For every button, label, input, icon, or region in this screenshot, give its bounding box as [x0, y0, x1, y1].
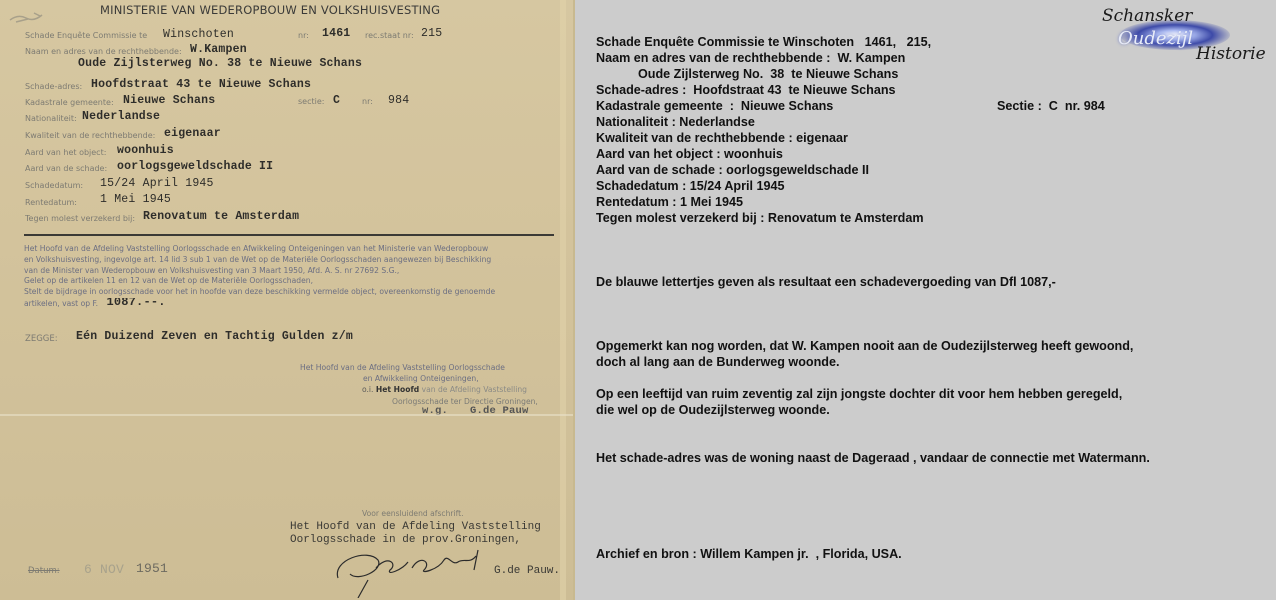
transcription-line: Nationaliteit : Nederlandse — [596, 114, 755, 130]
datum-label: Datum: — [28, 566, 60, 576]
schadedatum-value: 15/24 April 1945 — [100, 177, 214, 190]
transcription-line: Schade Enquête Commissie te Winschoten 1… — [596, 34, 931, 50]
schadeadres-label: Schade-adres: — [25, 82, 82, 91]
paper-fold — [560, 0, 566, 600]
zegge-label: ZEGGE: — [25, 334, 58, 344]
datum-value: 6 NOV — [84, 562, 124, 577]
logo-word-3: Historie — [1196, 44, 1266, 64]
paragraph-line: van de Minister van Wederopbouw en Volks… — [24, 266, 554, 277]
paragraph-line: en Volkshuisvesting, ingevolge art. 14 l… — [24, 255, 554, 266]
sig-line-1: Het Hoofd van de Afdeling Vaststelling O… — [300, 363, 505, 372]
transcription-line: Rentedatum : 1 Mei 1945 — [596, 194, 743, 210]
commissie-value: Winschoten — [163, 28, 234, 41]
transcription-line: Schadedatum : 15/24 April 1945 — [596, 178, 785, 194]
copy-line-1: Het Hoofd van de Afdeling Vaststelling — [290, 521, 541, 533]
logo-word-2: Oudezijl — [1118, 28, 1193, 49]
note-1a: Opgemerkt kan nog worden, dat W. Kampen … — [596, 338, 1133, 354]
source-credit: Archief en bron : Willem Kampen jr. , Fl… — [596, 546, 902, 562]
rentedatum-label: Rentedatum: — [25, 198, 77, 207]
transcription-panel: Schade Enquête Commissie te Winschoten 1… — [577, 0, 1276, 600]
transcription-line: Kadastrale gemeente : Nieuwe Schans — [596, 98, 833, 114]
object-label: Aard van het object: — [25, 148, 106, 157]
sig-name: G.de Pauw — [470, 405, 529, 417]
document-title: MINISTERIE VAN WEDEROPBOUW EN VOLKSHUISV… — [100, 3, 440, 17]
recstaat-label: rec.staat nr: — [365, 31, 414, 40]
sig-line-2: en Afwikkeling Onteigeningen, — [363, 374, 479, 383]
site-logo[interactable]: Schansker Oudezijl Historie — [1098, 2, 1274, 68]
sectie-nr-value: 984 — [388, 94, 409, 107]
transcription-line: Kwaliteit van de rechthebbende : eigenaa… — [596, 130, 848, 146]
copy-name: G.de Pauw. — [494, 565, 560, 577]
schade-label: Aard van de schade: — [25, 164, 107, 173]
sectie-nr-label: nr: — [362, 97, 373, 106]
amount-value: 1087.--. — [106, 298, 165, 309]
result-note: De blauwe lettertjes geven als resultaat… — [596, 274, 1056, 290]
transcription-line: Oude Zijlsterweg No. 38 te Nieuwe Schans — [596, 66, 898, 82]
nr-label: nr: — [298, 31, 309, 40]
kwaliteit-value: eigenaar — [164, 127, 221, 140]
schadeadres-value: Hoofdstraat 43 te Nieuwe Schans — [91, 78, 311, 91]
amount-label: artikelen, vast op F. — [24, 299, 98, 308]
note-1b: doch al lang aan de Bunderweg woonde. — [596, 354, 840, 370]
zegge-value: Eén Duizend Zeven en Tachtig Gulden z/m — [76, 330, 353, 343]
divider-rule — [24, 234, 554, 236]
molest-label: Tegen molest verzekerd bij: — [25, 214, 135, 223]
schadedatum-label: Schadedatum: — [25, 181, 83, 190]
note-2b: die wel op de Oudezijlsterweg woonde. — [596, 402, 830, 418]
naam-label: Naam en adres van de rechthebbende: — [25, 47, 182, 56]
scanned-document: MINISTERIE VAN WEDEROPBOUW EN VOLKSHUISV… — [0, 0, 575, 600]
handwritten-signature-icon — [328, 540, 518, 598]
sectie-value: C — [333, 94, 340, 107]
nationaliteit-label: Nationaliteit: — [25, 114, 77, 123]
nr-value: 1461 — [322, 27, 350, 40]
kadastrale-value: Nieuwe Schans — [123, 94, 215, 107]
kadastrale-label: Kadastrale gemeente: — [25, 98, 114, 107]
adres-value: Oude Zijlsterweg No. 38 te Nieuwe Schans — [78, 57, 362, 70]
sig-line-3: o.i. Het Hoofd van de Afdeling Vaststell… — [362, 385, 527, 394]
transcription-line: Aard van het object : woonhuis — [596, 146, 783, 162]
commissie-label: Schade Enquête Commissie te — [25, 31, 147, 40]
sig-wg: w.g. — [422, 405, 448, 417]
recstaat-value: 215 — [421, 27, 442, 40]
schade-value: oorlogsgeweldschade II — [117, 160, 273, 173]
object-value: woonhuis — [117, 144, 174, 157]
transcription-line: Tegen molest verzekerd bij : Renovatum t… — [596, 210, 924, 226]
sectie-label: sectie: — [298, 97, 324, 106]
paragraph-line: artikelen, vast op F. 1087.--. — [24, 298, 554, 310]
transcription-line: Schade-adres : Hoofdstraat 43 te Nieuwe … — [596, 82, 896, 98]
decision-paragraph: Het Hoofd van de Afdeling Vaststelling O… — [24, 244, 554, 310]
transcription-line: Naam en adres van de rechthebbende : W. … — [596, 50, 905, 66]
molest-value: Renovatum te Amsterdam — [143, 210, 299, 223]
sig-prefix: o.i. — [362, 385, 373, 394]
copy-label: Voor eensluidend afschrift. — [362, 509, 464, 518]
logo-word-1: Schansker — [1102, 6, 1192, 26]
sig-rest: van de Afdeling Vaststelling — [422, 385, 527, 394]
pencil-mark-icon — [8, 10, 53, 24]
transcription-sectie: Sectie : C nr. 984 — [997, 98, 1105, 114]
paragraph-line: Gelet op de artikelen 11 en 12 van de We… — [24, 276, 554, 287]
kwaliteit-label: Kwaliteit van de rechthebbende: — [25, 131, 155, 140]
note-3: Het schade-adres was de woning naast de … — [596, 450, 1150, 466]
paragraph-line: Stelt de bijdrage in oorlogsschade voor … — [24, 287, 554, 298]
nationaliteit-value: Nederlandse — [82, 110, 160, 123]
paragraph-line: Het Hoofd van de Afdeling Vaststelling O… — [24, 244, 554, 255]
sig-bold: Het Hoofd — [376, 385, 419, 394]
datum-year: 1951 — [136, 561, 168, 576]
note-2a: Op een leeftijd van ruim zeventig zal zi… — [596, 386, 1122, 402]
transcription-line: Aard van de schade : oorlogsgeweldschade… — [596, 162, 869, 178]
naam-value: W.Kampen — [190, 43, 247, 56]
rentedatum-value: 1 Mei 1945 — [100, 193, 171, 206]
